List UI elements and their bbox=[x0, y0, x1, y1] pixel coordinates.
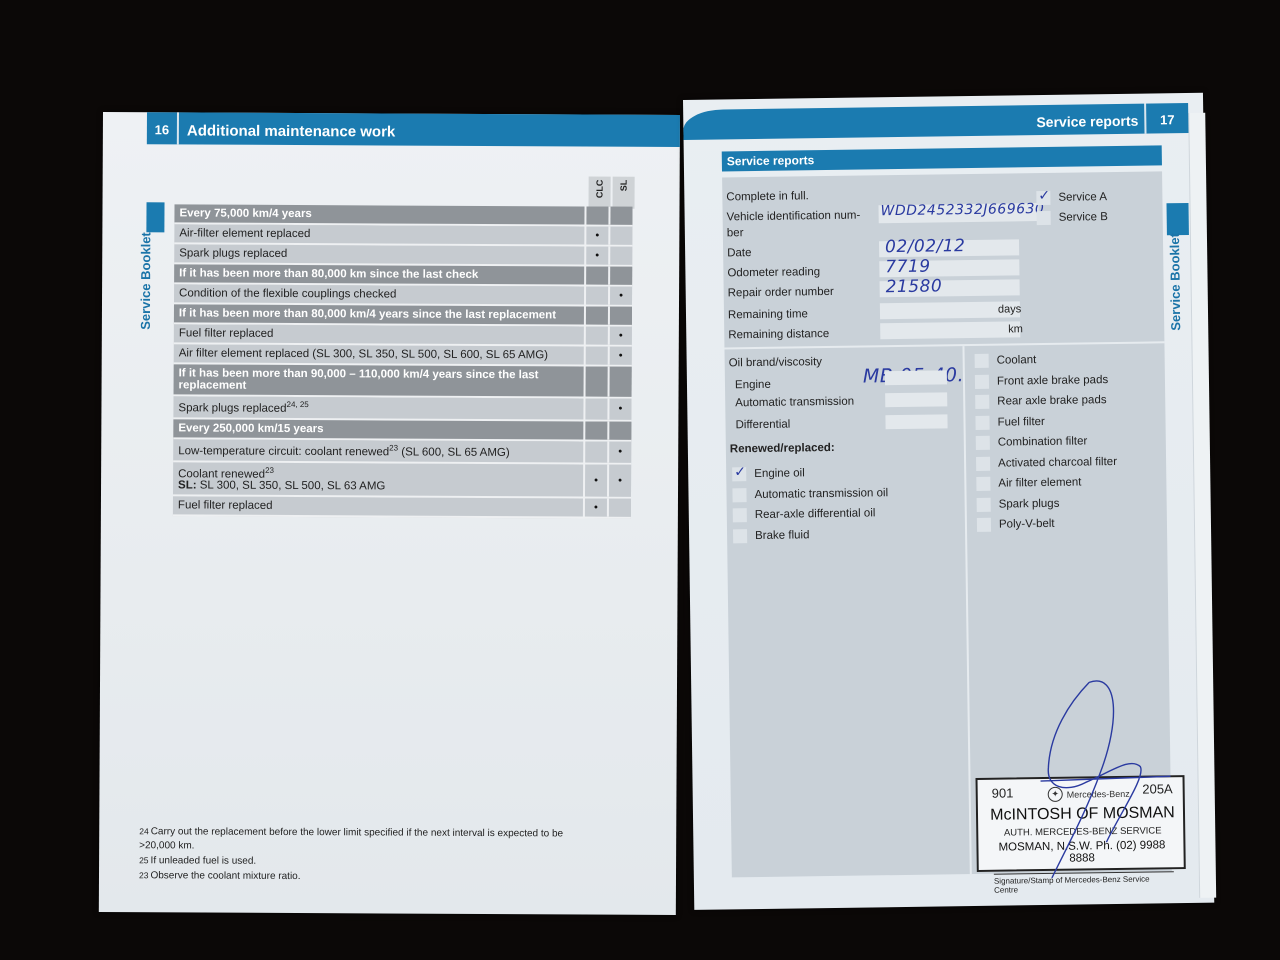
service-a-option[interactable]: Service A bbox=[1036, 190, 1107, 205]
oil-auto-trans-label: Automatic transmission bbox=[735, 396, 854, 410]
page-number: 17 bbox=[1144, 103, 1188, 134]
checkbox-label: Front axle brake pads bbox=[997, 374, 1108, 388]
service-b-checkbox[interactable] bbox=[1037, 211, 1051, 225]
mark-sl bbox=[607, 499, 631, 517]
form-title-bar: Service reports bbox=[722, 145, 1162, 171]
page-title: Additional maintenance work bbox=[187, 112, 396, 151]
checklist-item[interactable]: Spark plugs bbox=[977, 496, 1060, 511]
stamp-dealer-name: McINTOSH OF MOSMAN bbox=[990, 804, 1175, 825]
page-header: 16 Additional maintenance work bbox=[147, 112, 680, 147]
section-tab bbox=[1166, 203, 1188, 235]
side-label-text: Service Booklet bbox=[1167, 233, 1183, 331]
mercedes-star-icon: ✦ bbox=[1048, 787, 1063, 802]
oil-auto-trans-field[interactable] bbox=[885, 392, 947, 407]
checkbox-label: Fuel filter bbox=[997, 415, 1044, 428]
oil-engine-field[interactable] bbox=[885, 370, 947, 385]
footnote: 23Observe the coolant mixture ratio. bbox=[139, 868, 599, 885]
row-label: Air-filter element replaced bbox=[174, 224, 584, 244]
mark-sl bbox=[607, 421, 631, 439]
table-row: Fuel filter replaced• bbox=[173, 497, 631, 519]
mark-sl bbox=[608, 247, 632, 265]
mark-clc: • bbox=[584, 227, 608, 245]
checkbox[interactable] bbox=[976, 477, 990, 491]
checklist-item[interactable]: Coolant bbox=[975, 353, 1037, 368]
oil-differential-field[interactable] bbox=[885, 414, 947, 429]
mark-sl: • bbox=[607, 399, 631, 420]
checklist-item[interactable]: Combination filter bbox=[976, 434, 1088, 450]
side-label: Service Booklet bbox=[138, 232, 169, 362]
checkbox[interactable] bbox=[975, 415, 989, 429]
mark-clc bbox=[584, 307, 608, 325]
odometer-value: 7719 bbox=[885, 257, 931, 278]
checkbox-label: Engine oil bbox=[754, 467, 805, 480]
stamp-authorization: AUTH. MERCEDES-BENZ SERVICE bbox=[990, 825, 1175, 839]
table-row: Coolant renewed23SL: SL 300, SL 350, SL … bbox=[173, 462, 631, 499]
checkbox-label: Coolant bbox=[997, 354, 1037, 367]
mark-sl bbox=[608, 267, 632, 285]
instruction-text: Complete in full. bbox=[726, 190, 809, 203]
mark-clc bbox=[584, 347, 608, 365]
mark-sl bbox=[608, 367, 632, 397]
section-tab bbox=[146, 202, 164, 232]
table-row: Air filter element replaced (SL 300, SL … bbox=[174, 344, 632, 366]
column-header-sl: SL bbox=[613, 177, 635, 209]
table-section-row: Every 250,000 km/15 years bbox=[173, 419, 631, 441]
table-row: Low-temperature circuit: coolant renewed… bbox=[173, 439, 631, 464]
mark-clc: • bbox=[583, 464, 607, 497]
checkbox[interactable] bbox=[977, 518, 991, 532]
checkbox-label: Combination filter bbox=[998, 435, 1088, 448]
table-row: Air-filter element replaced• bbox=[174, 224, 632, 246]
mark-clc bbox=[584, 207, 608, 225]
row-label: Fuel filter replaced bbox=[173, 497, 583, 517]
left-page: 16 Additional maintenance work Service B… bbox=[99, 112, 680, 915]
mark-sl: • bbox=[607, 441, 631, 462]
footnote: 24Carry out the replacement before the l… bbox=[139, 824, 599, 855]
row-label: If it has been more than 80,000 km/4 yea… bbox=[174, 304, 584, 324]
checklist-item[interactable]: Rear-axle differential oil bbox=[733, 506, 876, 522]
table-section-row: Every 75,000 km/4 years bbox=[174, 204, 632, 226]
mark-clc: • bbox=[583, 499, 607, 517]
mark-sl: • bbox=[608, 287, 632, 305]
row-label: Every 250,000 km/15 years bbox=[173, 419, 583, 439]
mark-clc bbox=[584, 267, 608, 285]
checkbox[interactable] bbox=[732, 467, 746, 481]
mark-clc bbox=[584, 367, 608, 397]
oil-engine-label: Engine bbox=[735, 379, 771, 391]
checkbox[interactable] bbox=[977, 497, 991, 511]
divider bbox=[962, 346, 971, 874]
checklist-item[interactable]: Front axle brake pads bbox=[975, 373, 1108, 389]
date-value: 02/02/12 bbox=[885, 236, 966, 257]
service-report-form: Complete in full. Vehicle identification… bbox=[722, 171, 1172, 877]
checkbox[interactable] bbox=[976, 436, 990, 450]
dealer-stamp: 901 ✦Mercedes-Benz 205A McINTOSH OF MOSM… bbox=[975, 775, 1185, 872]
checkbox[interactable] bbox=[975, 374, 989, 388]
mark-clc bbox=[583, 421, 607, 439]
mark-clc bbox=[583, 399, 607, 420]
checkbox-label: Brake fluid bbox=[755, 529, 810, 542]
side-label-text: Service Booklet bbox=[138, 232, 154, 330]
mark-clc bbox=[584, 287, 608, 305]
checkbox-label: Activated charcoal filter bbox=[998, 455, 1117, 469]
mark-sl: • bbox=[608, 347, 632, 365]
page-stack-edge bbox=[1188, 113, 1216, 898]
checklist-item[interactable]: Activated charcoal filter bbox=[976, 454, 1117, 470]
remaining-distance-unit: km bbox=[1008, 323, 1023, 335]
checklist-item[interactable]: Rear axle brake pads bbox=[975, 393, 1106, 409]
mark-sl bbox=[608, 227, 632, 245]
row-label: If it has been more than 90,000 – 110,00… bbox=[174, 364, 584, 396]
remaining-distance-label: Remaining distance bbox=[728, 328, 829, 341]
right-page: Service reports 17 Service reports Servi… bbox=[683, 93, 1214, 910]
stamp-brand: ✦Mercedes-Benz bbox=[1048, 786, 1130, 802]
service-a-label: Service A bbox=[1058, 191, 1107, 204]
checklist-item[interactable]: Poly-V-belt bbox=[977, 517, 1055, 532]
service-a-checkbox[interactable] bbox=[1036, 191, 1050, 205]
checkbox-label: Rear-axle differential oil bbox=[755, 507, 876, 521]
divider bbox=[724, 341, 1164, 349]
row-label: Spark plugs replaced24, 25 bbox=[173, 396, 583, 419]
mark-sl: • bbox=[608, 327, 632, 345]
checkbox[interactable] bbox=[975, 354, 989, 368]
page-title: Service reports bbox=[1036, 104, 1138, 139]
row-label: Every 75,000 km/4 years bbox=[174, 204, 584, 224]
stamp-left-number: 901 bbox=[992, 785, 1014, 800]
mark-clc bbox=[583, 441, 607, 462]
row-label: Coolant renewed23SL: SL 300, SL 350, SL … bbox=[173, 462, 583, 497]
checkbox-label: Rear axle brake pads bbox=[997, 394, 1106, 408]
mark-clc bbox=[584, 327, 608, 345]
table-section-row: If it has been more than 90,000 – 110,00… bbox=[174, 364, 632, 398]
checkbox[interactable] bbox=[975, 395, 989, 409]
stamp-right-number: 205A bbox=[1142, 781, 1173, 796]
table-body: Every 75,000 km/4 yearsAir-filter elemen… bbox=[173, 204, 633, 519]
mark-sl: • bbox=[607, 464, 631, 497]
table-row: Spark plugs replaced• bbox=[174, 244, 632, 266]
service-b-option[interactable]: Service B bbox=[1037, 210, 1108, 225]
signature-caption: Signature/Stamp of Mercedes-Benz Service… bbox=[994, 871, 1174, 895]
vin-label: Vehicle identification num-ber bbox=[727, 207, 867, 241]
repair-order-label: Repair order number bbox=[728, 286, 834, 299]
checklist-item[interactable]: Engine oil bbox=[732, 466, 805, 481]
footnotes: 24Carry out the replacement before the l… bbox=[139, 824, 599, 885]
mark-clc: • bbox=[584, 247, 608, 265]
table-row: Fuel filter replaced• bbox=[174, 324, 632, 346]
remaining-distance-field[interactable] bbox=[880, 321, 1020, 339]
remaining-time-label: Remaining time bbox=[728, 308, 808, 321]
repair-order-value: 21580 bbox=[885, 276, 942, 297]
page-number: 16 bbox=[147, 112, 179, 144]
odometer-label: Odometer reading bbox=[727, 266, 820, 279]
form-title: Service reports bbox=[727, 153, 815, 168]
checkbox[interactable] bbox=[733, 529, 747, 543]
checkbox-label: Spark plugs bbox=[999, 497, 1060, 510]
row-label: Spark plugs replaced bbox=[174, 244, 584, 264]
column-header-clc: CLC bbox=[589, 177, 611, 209]
date-label: Date bbox=[727, 247, 751, 259]
remaining-time-unit: days bbox=[998, 303, 1021, 315]
checklist-item[interactable]: Automatic transmission oil bbox=[732, 486, 888, 502]
checklist-item[interactable]: Air filter element bbox=[976, 475, 1081, 490]
checkbox[interactable] bbox=[976, 456, 990, 470]
checklist-item[interactable]: Brake fluid bbox=[733, 528, 810, 543]
row-label: Air filter element replaced (SL 300, SL … bbox=[174, 344, 584, 364]
table-row: Condition of the flexible couplings chec… bbox=[174, 284, 632, 306]
checkbox-label: Automatic transmission oil bbox=[754, 487, 888, 501]
row-label: If it has been more than 80,000 km since… bbox=[174, 264, 584, 284]
checkbox[interactable] bbox=[733, 508, 747, 522]
row-label: Fuel filter replaced bbox=[174, 324, 584, 344]
checkbox-label: Air filter element bbox=[998, 476, 1081, 489]
checkbox[interactable] bbox=[732, 488, 746, 502]
table-row: Spark plugs replaced24, 25• bbox=[173, 396, 631, 421]
vin-value: WDD2452332J669630 bbox=[880, 201, 1044, 219]
table-section-row: If it has been more than 80,000 km since… bbox=[174, 264, 632, 286]
oil-differential-label: Differential bbox=[735, 419, 790, 432]
checklist-item[interactable]: Fuel filter bbox=[975, 414, 1044, 429]
table-section-row: If it has been more than 80,000 km/4 yea… bbox=[174, 304, 632, 326]
renewed-heading: Renewed/replaced: bbox=[730, 442, 835, 455]
stamp-address: MOSMAN, N.S.W. Ph. (02) 9988 8888 bbox=[984, 839, 1179, 866]
maintenance-table: CLC SL Every 75,000 km/4 yearsAir-filter… bbox=[175, 174, 633, 176]
row-label: Condition of the flexible couplings chec… bbox=[174, 284, 584, 304]
side-label: Service Booklet bbox=[1167, 233, 1193, 363]
renewed-right-list: CoolantFront axle brake padsRear axle br… bbox=[722, 171, 1162, 177]
checkbox-label: Poly-V-belt bbox=[999, 518, 1055, 531]
page-header: Service reports 17 bbox=[683, 103, 1188, 140]
oil-heading: Oil brand/viscosity bbox=[729, 356, 822, 369]
row-label: Low-temperature circuit: coolant renewed… bbox=[173, 439, 583, 462]
renewed-left-list: Engine oilAutomatic transmission oilRear… bbox=[722, 171, 1162, 177]
mark-sl bbox=[608, 207, 632, 225]
mark-sl bbox=[608, 307, 632, 325]
service-b-label: Service B bbox=[1059, 211, 1108, 224]
